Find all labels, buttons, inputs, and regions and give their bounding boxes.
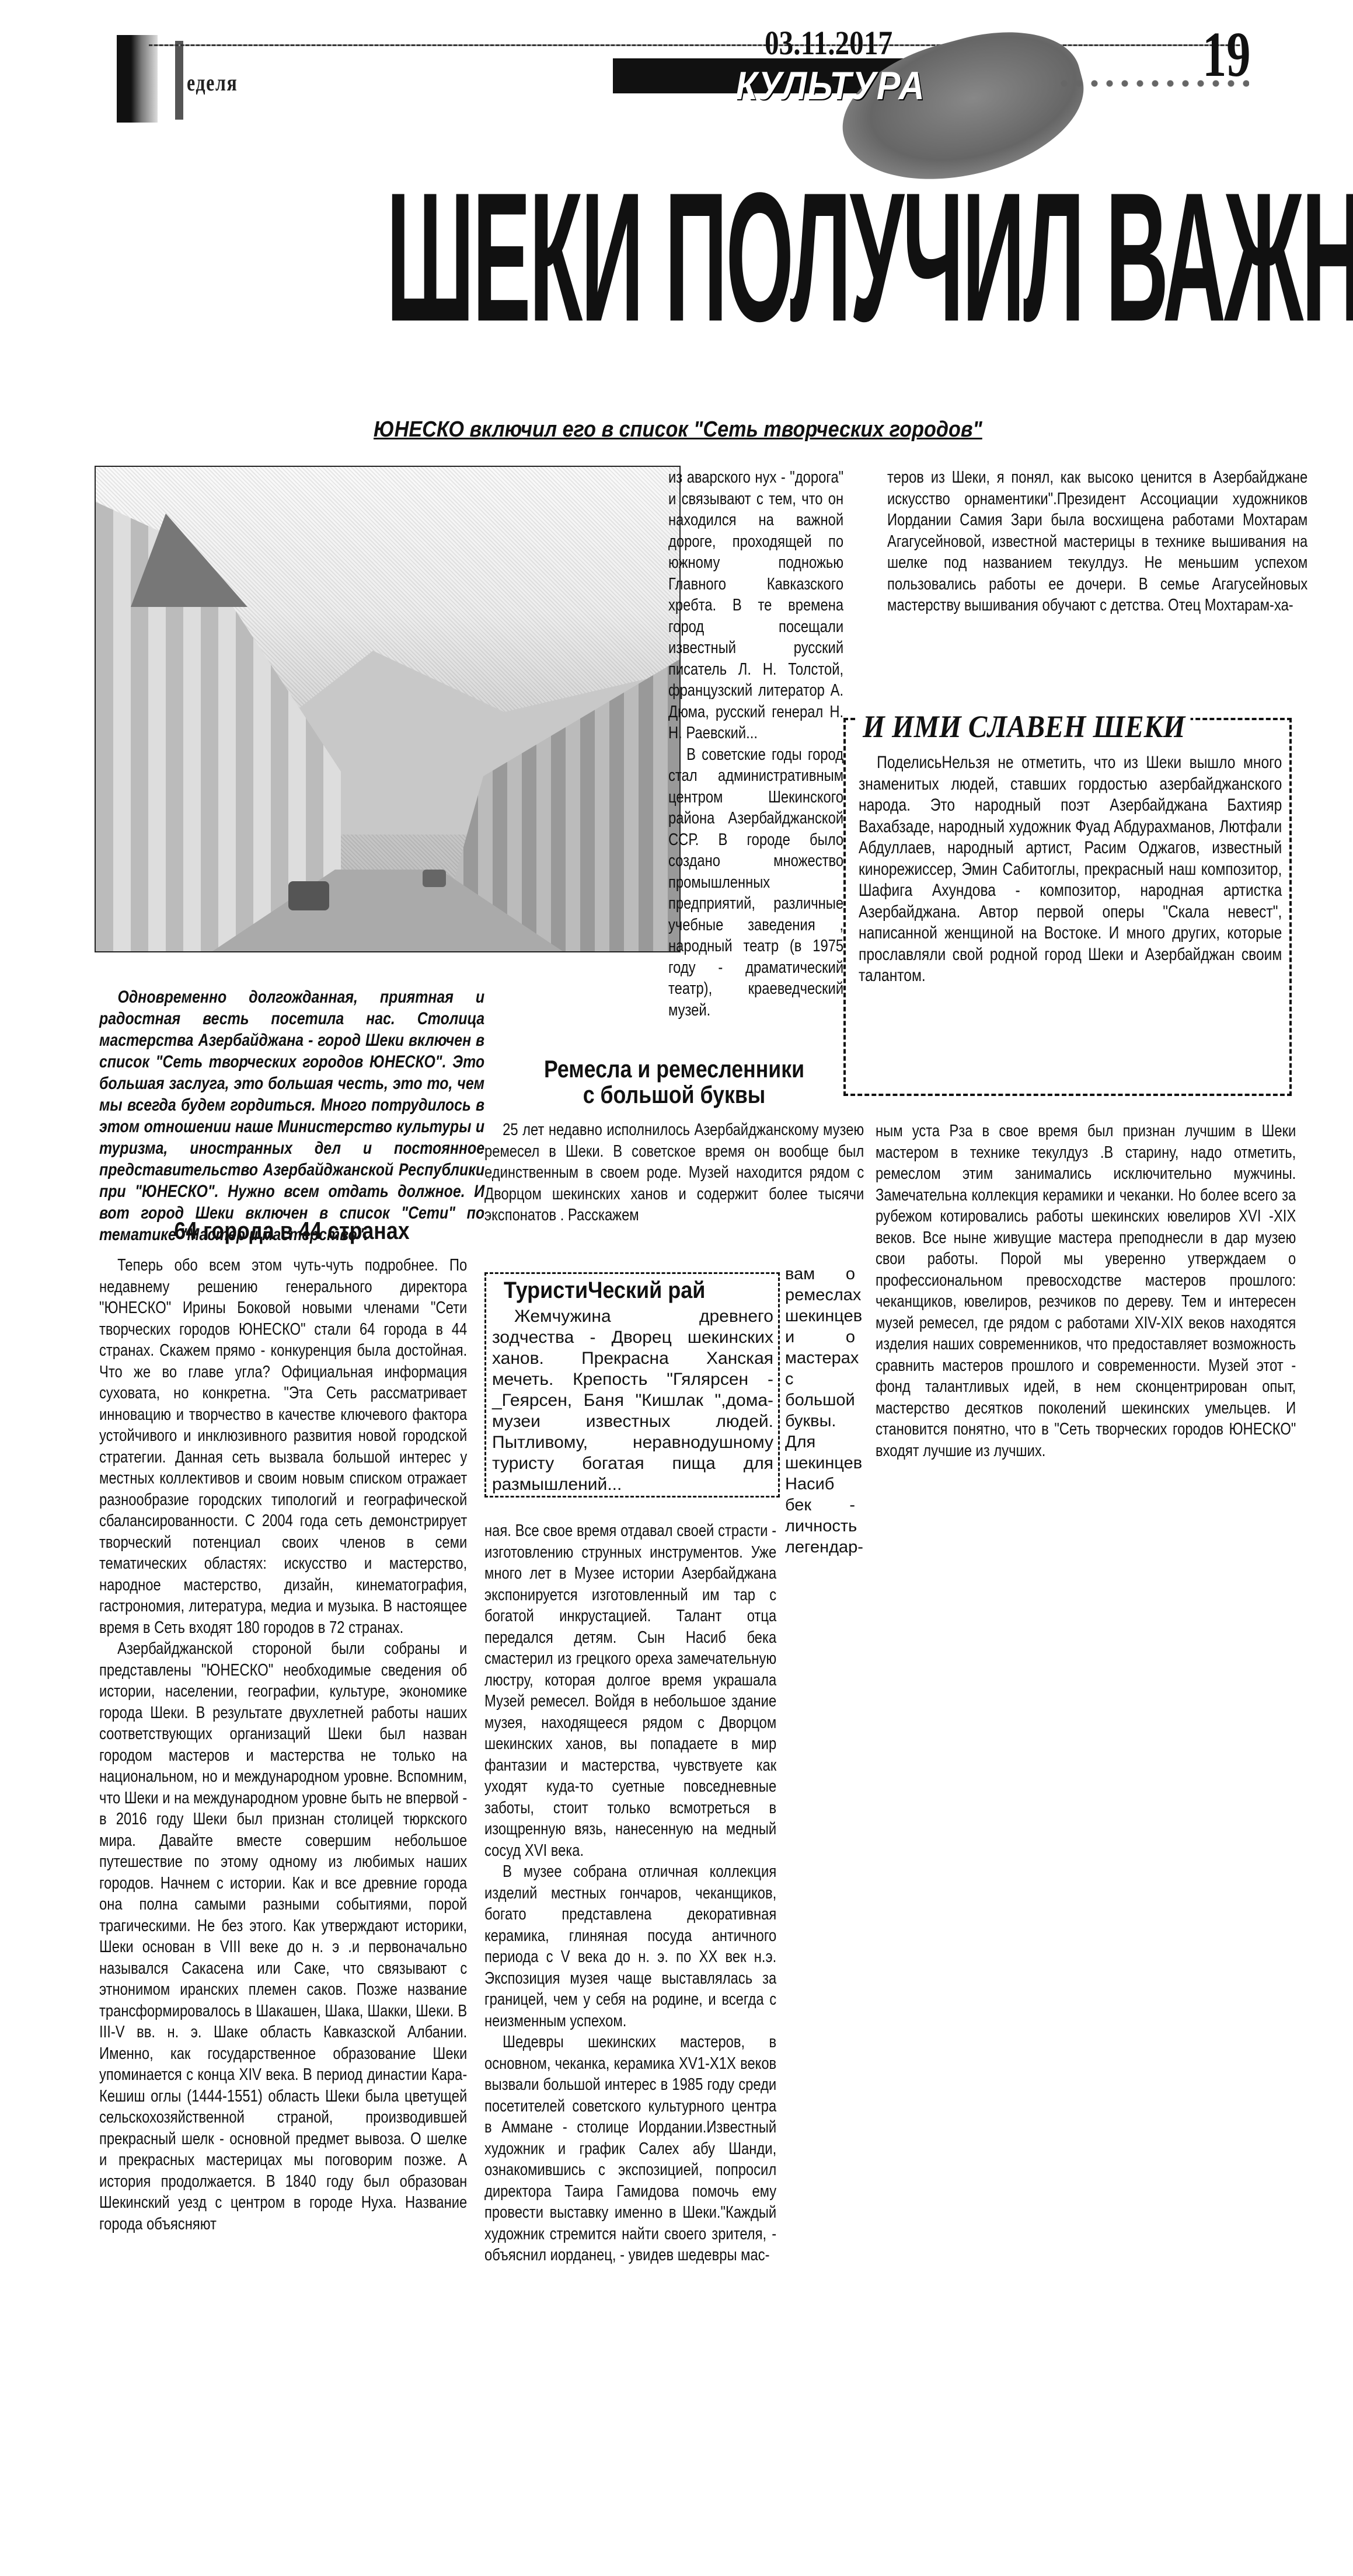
column-middle-bottom: ная. Все свое время отдавал своей страст… — [484, 1520, 776, 2266]
photo-car — [423, 870, 446, 887]
headline-container: ШЕКИ ПОЛУЧИЛ ВАЖНЫЙ СТАТУС — [0, 169, 1353, 344]
column-right-top: теров из Шеки, я понял, как высоко ценит… — [887, 467, 1307, 616]
column-right-bottom: ным уста Рза в свое время был признан лу… — [876, 1121, 1296, 1461]
section-title: КУЛЬТУРА — [735, 63, 925, 109]
article-lead: Одновременно долгожданная, приятная и ра… — [99, 986, 484, 1245]
lead-paragraph: Одновременно долгожданная, приятная и ра… — [99, 986, 484, 1245]
paragraph: из аварского нух - "дорога" и связывают … — [668, 467, 843, 744]
paragraph: 25 лет недавно исполнилось Азербайджанск… — [484, 1119, 864, 1226]
newspaper-logo-word: еделя — [187, 69, 238, 96]
paragraph: теров из Шеки, я понял, как высоко ценит… — [887, 467, 1307, 616]
paragraph: Теперь обо всем этом чуть-чуть подробнее… — [99, 1255, 467, 1638]
section-heading-cities: 64 города в 44 странах — [128, 1217, 456, 1245]
paragraph: В советские годы город стал администрати… — [668, 744, 843, 1021]
headline: ШЕКИ ПОЛУЧИЛ ВАЖНЫЙ СТАТУС — [386, 165, 1353, 349]
sidebar-box-famous-people: И ИМИ СЛАВЕН ШЕКИ ПоделисьНельзя не отме… — [843, 718, 1292, 1096]
paragraph: Шедевры шекинских мастеров, в основном, … — [484, 2032, 776, 2266]
subheadline: ЮНЕСКО включил его в список "Сеть творче… — [374, 417, 982, 442]
crafts-intro: 25 лет недавно исполнилось Азербайджанск… — [484, 1119, 864, 1226]
newspaper-logo-mark — [117, 35, 158, 123]
narrow-column-text: вам о ремеслах шекинцев и о мастерах с б… — [785, 1263, 855, 1558]
section-heading-crafts: Ремесла и ремесленники с большой буквы — [513, 1056, 836, 1108]
sidebar-heading: И ИМИ СЛАВЕН ШЕКИ — [857, 708, 1190, 745]
sidebar-heading: ТуристиЧеский рай — [504, 1277, 751, 1304]
column-left: Теперь обо всем этом чуть-чуть подробнее… — [99, 1255, 467, 2235]
column-middle-top: из аварского нух - "дорога" и связывают … — [668, 467, 843, 1021]
sidebar-body: Жемчужина древнего зодчества - Дворец ше… — [486, 1306, 778, 1495]
street-photo — [95, 466, 681, 952]
paragraph: ная. Все свое время отдавал своей страст… — [484, 1520, 776, 1861]
section-dots-decoration — [1056, 77, 1249, 90]
photo-car — [288, 881, 329, 910]
paragraph: В музее собрана отличная коллекция издел… — [484, 1861, 776, 2032]
sidebar-box-tourism: ТуристиЧеский рай Жемчужина древнего зод… — [484, 1272, 780, 1498]
newspaper-logo-bar — [175, 41, 183, 120]
paragraph: ным уста Рза в свое время был признан лу… — [876, 1121, 1296, 1461]
masthead-rule — [149, 44, 1240, 46]
paragraph: Азербайджанской стороной были собраны и … — [99, 1638, 467, 2235]
sidebar-body: ПоделисьНельзя не отметить, что из Шеки … — [859, 752, 1282, 987]
issue-date: 03.11.2017 — [765, 23, 892, 62]
